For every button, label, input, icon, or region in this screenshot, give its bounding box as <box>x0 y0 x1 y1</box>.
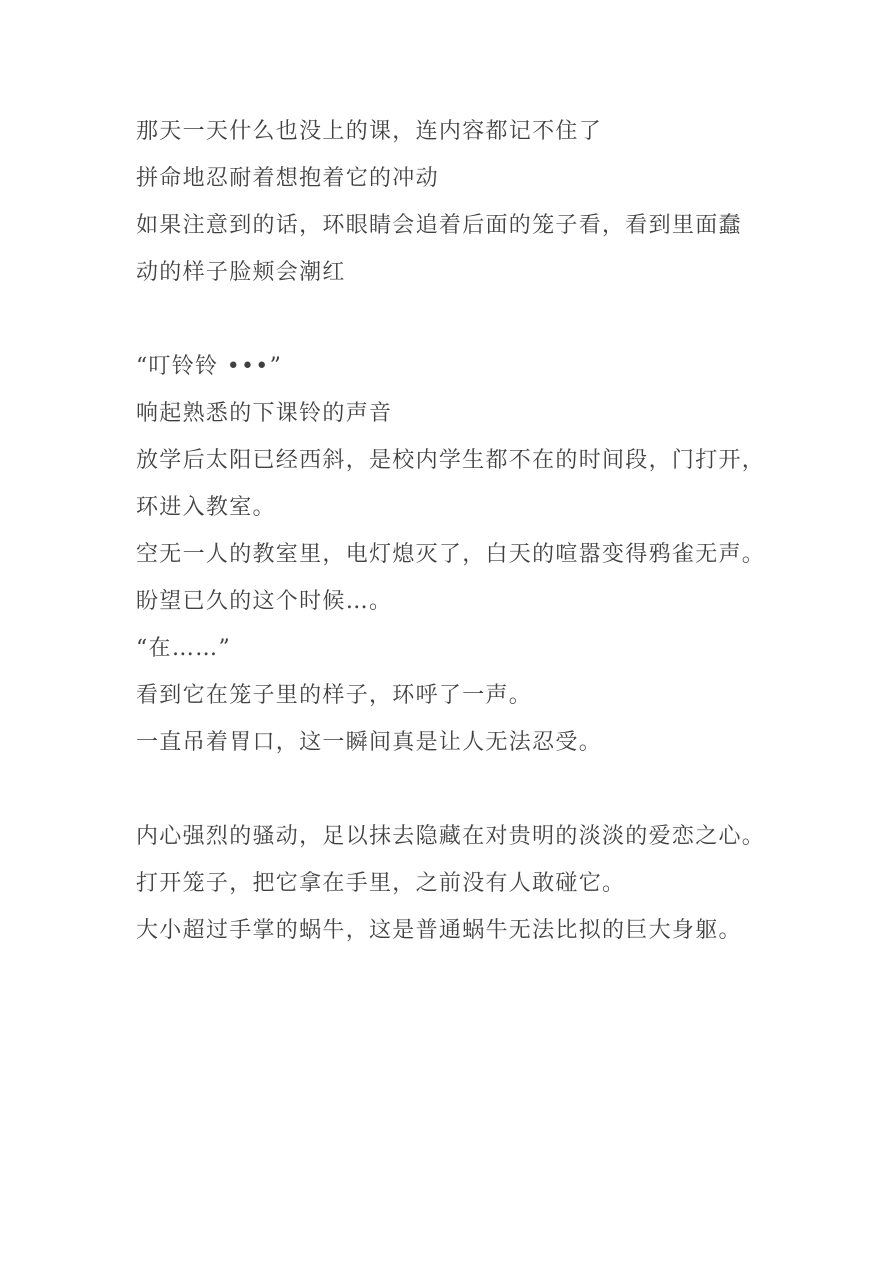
text-line: 响起熟悉的下课铃的声音 <box>136 390 802 437</box>
text-line: 那天一天什么也没上的课，连内容都记不住了 <box>136 108 802 155</box>
text-line: 放学后太阳已经西斜，是校内学生都不在的时间段，门打开， <box>136 437 802 484</box>
document-page: 那天一天什么也没上的课，连内容都记不住了 拼命地忍耐着想抱着它的冲动 如果注意到… <box>0 0 892 1262</box>
text-line: 如果注意到的话，环眼睛会追着后面的笼子看，看到里面蠢 <box>136 202 802 249</box>
text-line: 内心强烈的骚动，足以抹去隐藏在对贵明的淡淡的爱恋之心。 <box>136 813 802 860</box>
blank-line <box>136 766 802 813</box>
text-line: 空无一人的教室里，电灯熄灭了，白天的喧嚣变得鸦雀无声。 <box>136 531 802 578</box>
text-block: 那天一天什么也没上的课，连内容都记不住了 拼命地忍耐着想抱着它的冲动 如果注意到… <box>136 108 802 954</box>
text-line: 盼望已久的这个时候…。 <box>136 578 802 625</box>
text-line: 看到它在笼子里的样子，环呼了一声。 <box>136 672 802 719</box>
text-line-quote: “在……” <box>136 625 802 672</box>
text-line: 环进入教室。 <box>136 484 802 531</box>
text-line: 一直吊着胃口，这一瞬间真是让人无法忍受。 <box>136 719 802 766</box>
blank-line <box>136 296 802 343</box>
text-line: 打开笼子，把它拿在手里，之前没有人敢碰它。 <box>136 860 802 907</box>
text-line: 大小超过手掌的蜗牛，这是普通蜗牛无法比拟的巨大身躯。 <box>136 907 802 954</box>
text-line-quote: “叮铃铃 •••” <box>136 343 802 390</box>
text-line: 拼命地忍耐着想抱着它的冲动 <box>136 155 802 202</box>
text-line: 动的样子脸颊会潮红 <box>136 249 802 296</box>
